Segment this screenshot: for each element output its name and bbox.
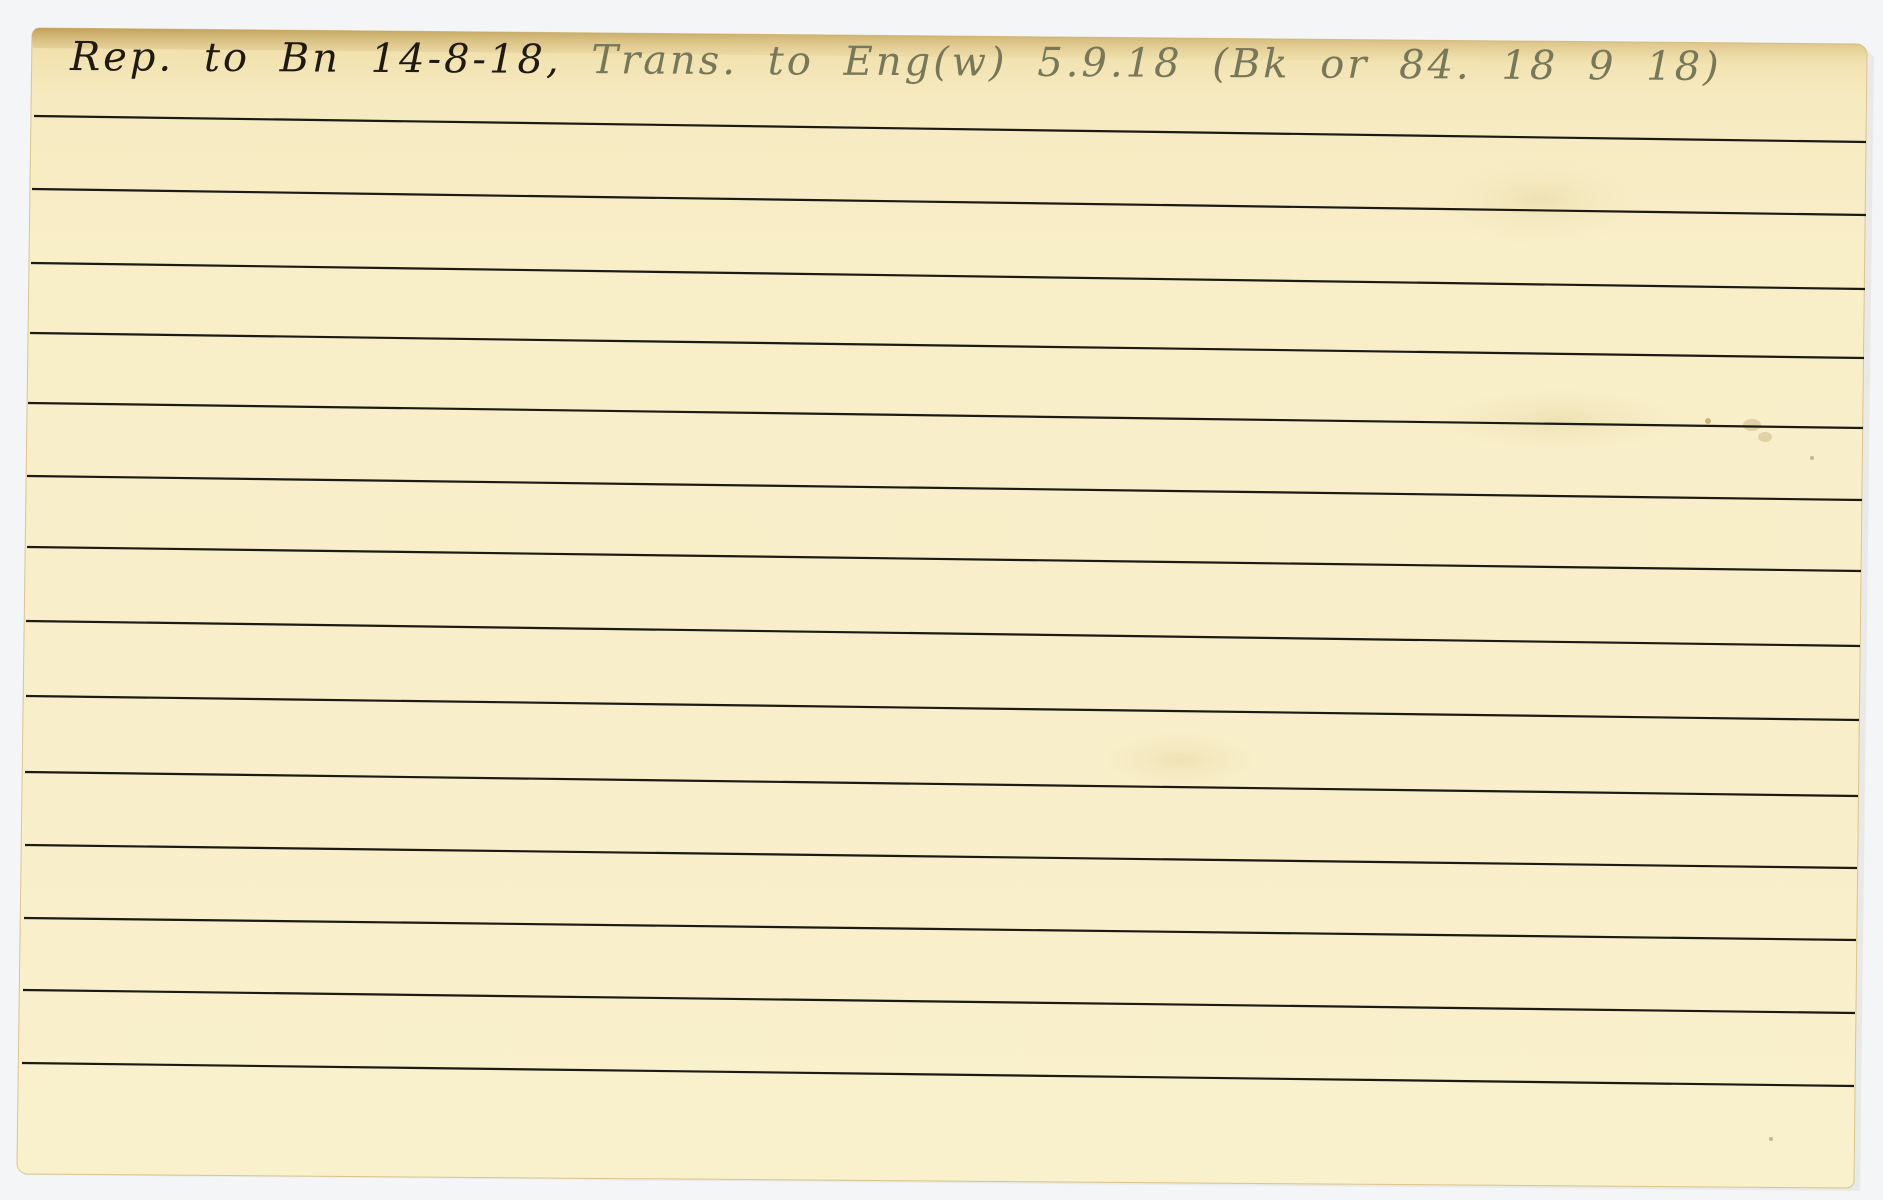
entry-rep-to-bn: Rep. to Bn 14-8-18 <box>70 34 546 83</box>
handwritten-entry: Rep. to Bn 14-8-18, Trans. to Eng(w) 5.9… <box>70 34 1722 114</box>
entry-trans-to-eng: Trans. to Eng(w) 5.9.18 (Bk or 84. 18 9 … <box>591 37 1722 90</box>
entry-separator: , <box>546 37 592 83</box>
card-paper-graphic <box>0 0 1883 1200</box>
scanned-card-scene: Rep. to Bn 14-8-18, Trans. to Eng(w) 5.9… <box>0 0 1883 1200</box>
index-card: Rep. to Bn 14-8-18, Trans. to Eng(w) 5.9… <box>0 0 1883 1200</box>
